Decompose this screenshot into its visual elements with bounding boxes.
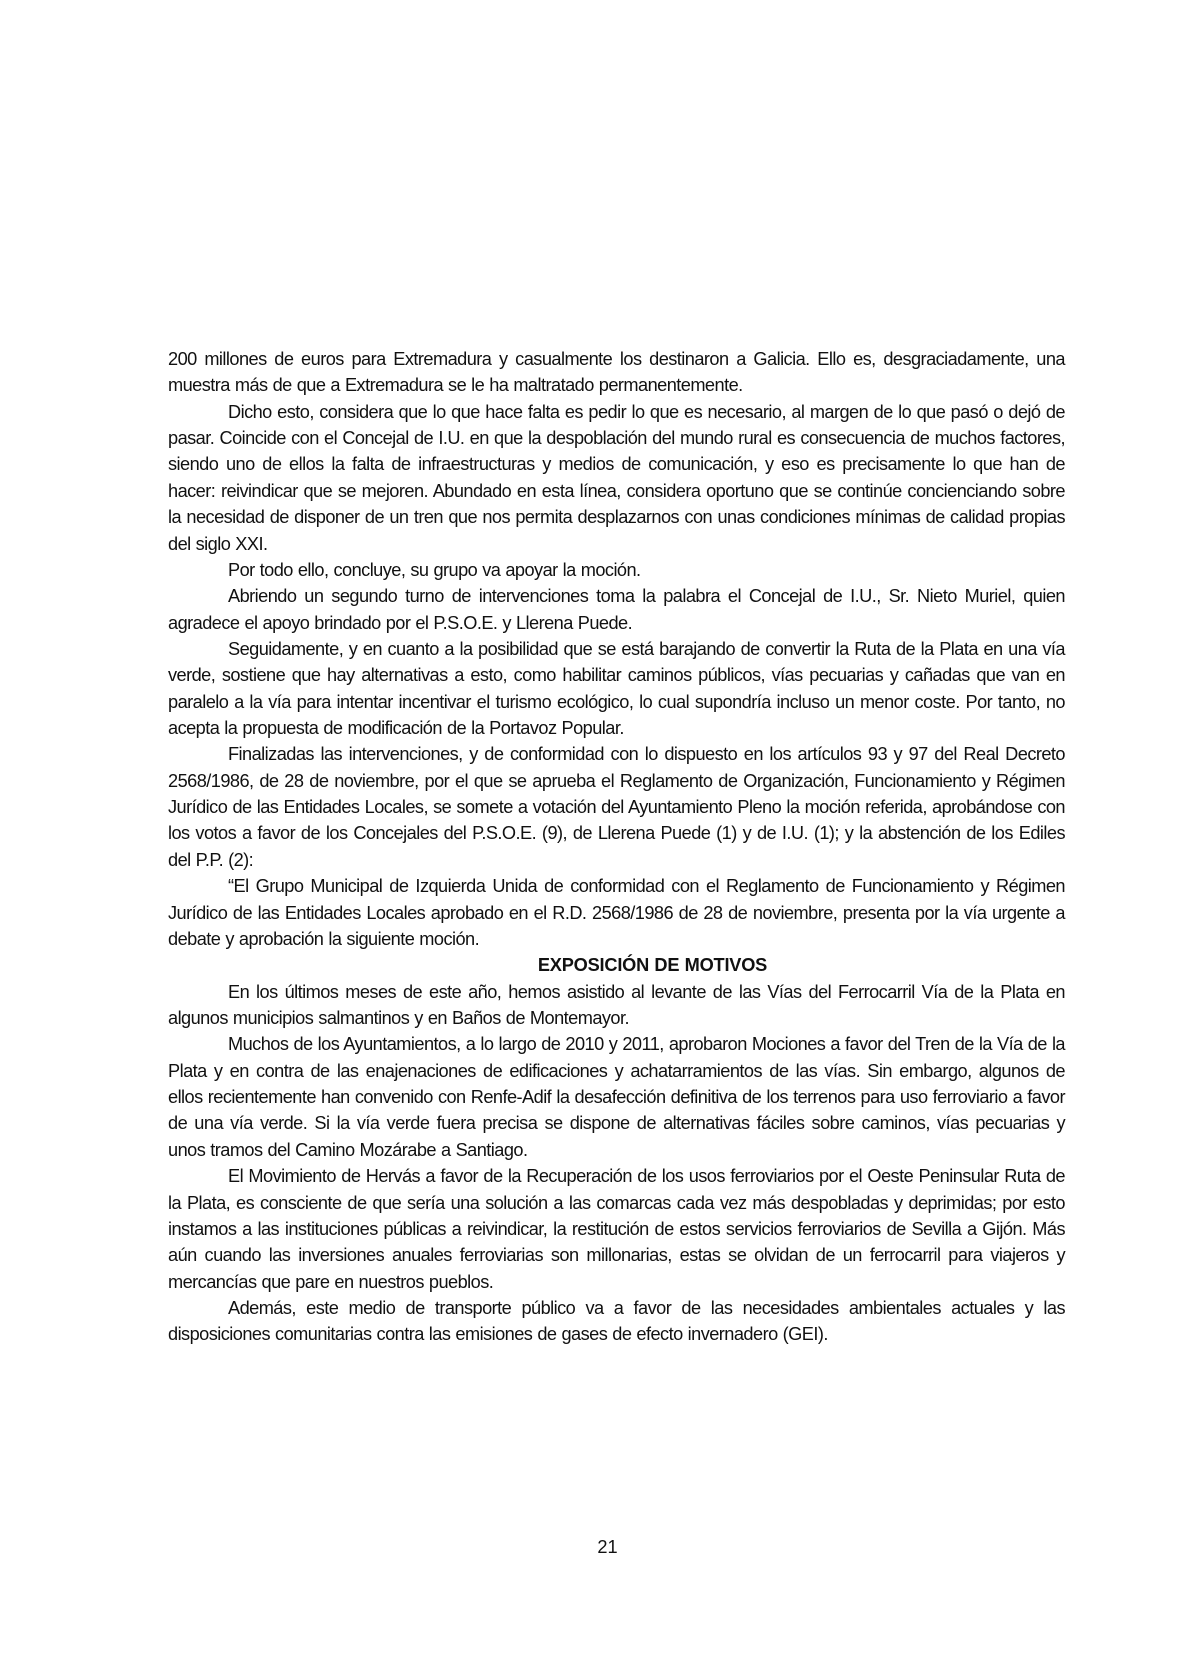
paragraph: 200 millones de euros para Extremadura y… — [168, 346, 1065, 399]
page-number: 21 — [0, 1534, 1179, 1560]
body-text: 200 millones de euros para Extremadura y… — [168, 346, 1065, 1348]
section-heading: EXPOSICIÓN DE MOTIVOS — [168, 952, 1065, 978]
paragraph: El Movimiento de Hervás a favor de la Re… — [168, 1163, 1065, 1295]
paragraph: Dicho esto, considera que lo que hace fa… — [168, 399, 1065, 557]
paragraph: “El Grupo Municipal de Izquierda Unida d… — [168, 873, 1065, 952]
paragraph: Finalizadas las intervenciones, y de con… — [168, 741, 1065, 873]
paragraph: Por todo ello, concluye, su grupo va apo… — [168, 557, 1065, 583]
document-page: 200 millones de euros para Extremadura y… — [0, 0, 1179, 1668]
paragraph: En los últimos meses de este año, hemos … — [168, 979, 1065, 1032]
paragraph: Seguidamente, y en cuanto a la posibilid… — [168, 636, 1065, 741]
paragraph: Además, este medio de transporte público… — [168, 1295, 1065, 1348]
paragraph: Muchos de los Ayuntamientos, a lo largo … — [168, 1031, 1065, 1163]
paragraph: Abriendo un segundo turno de intervencio… — [168, 583, 1065, 636]
